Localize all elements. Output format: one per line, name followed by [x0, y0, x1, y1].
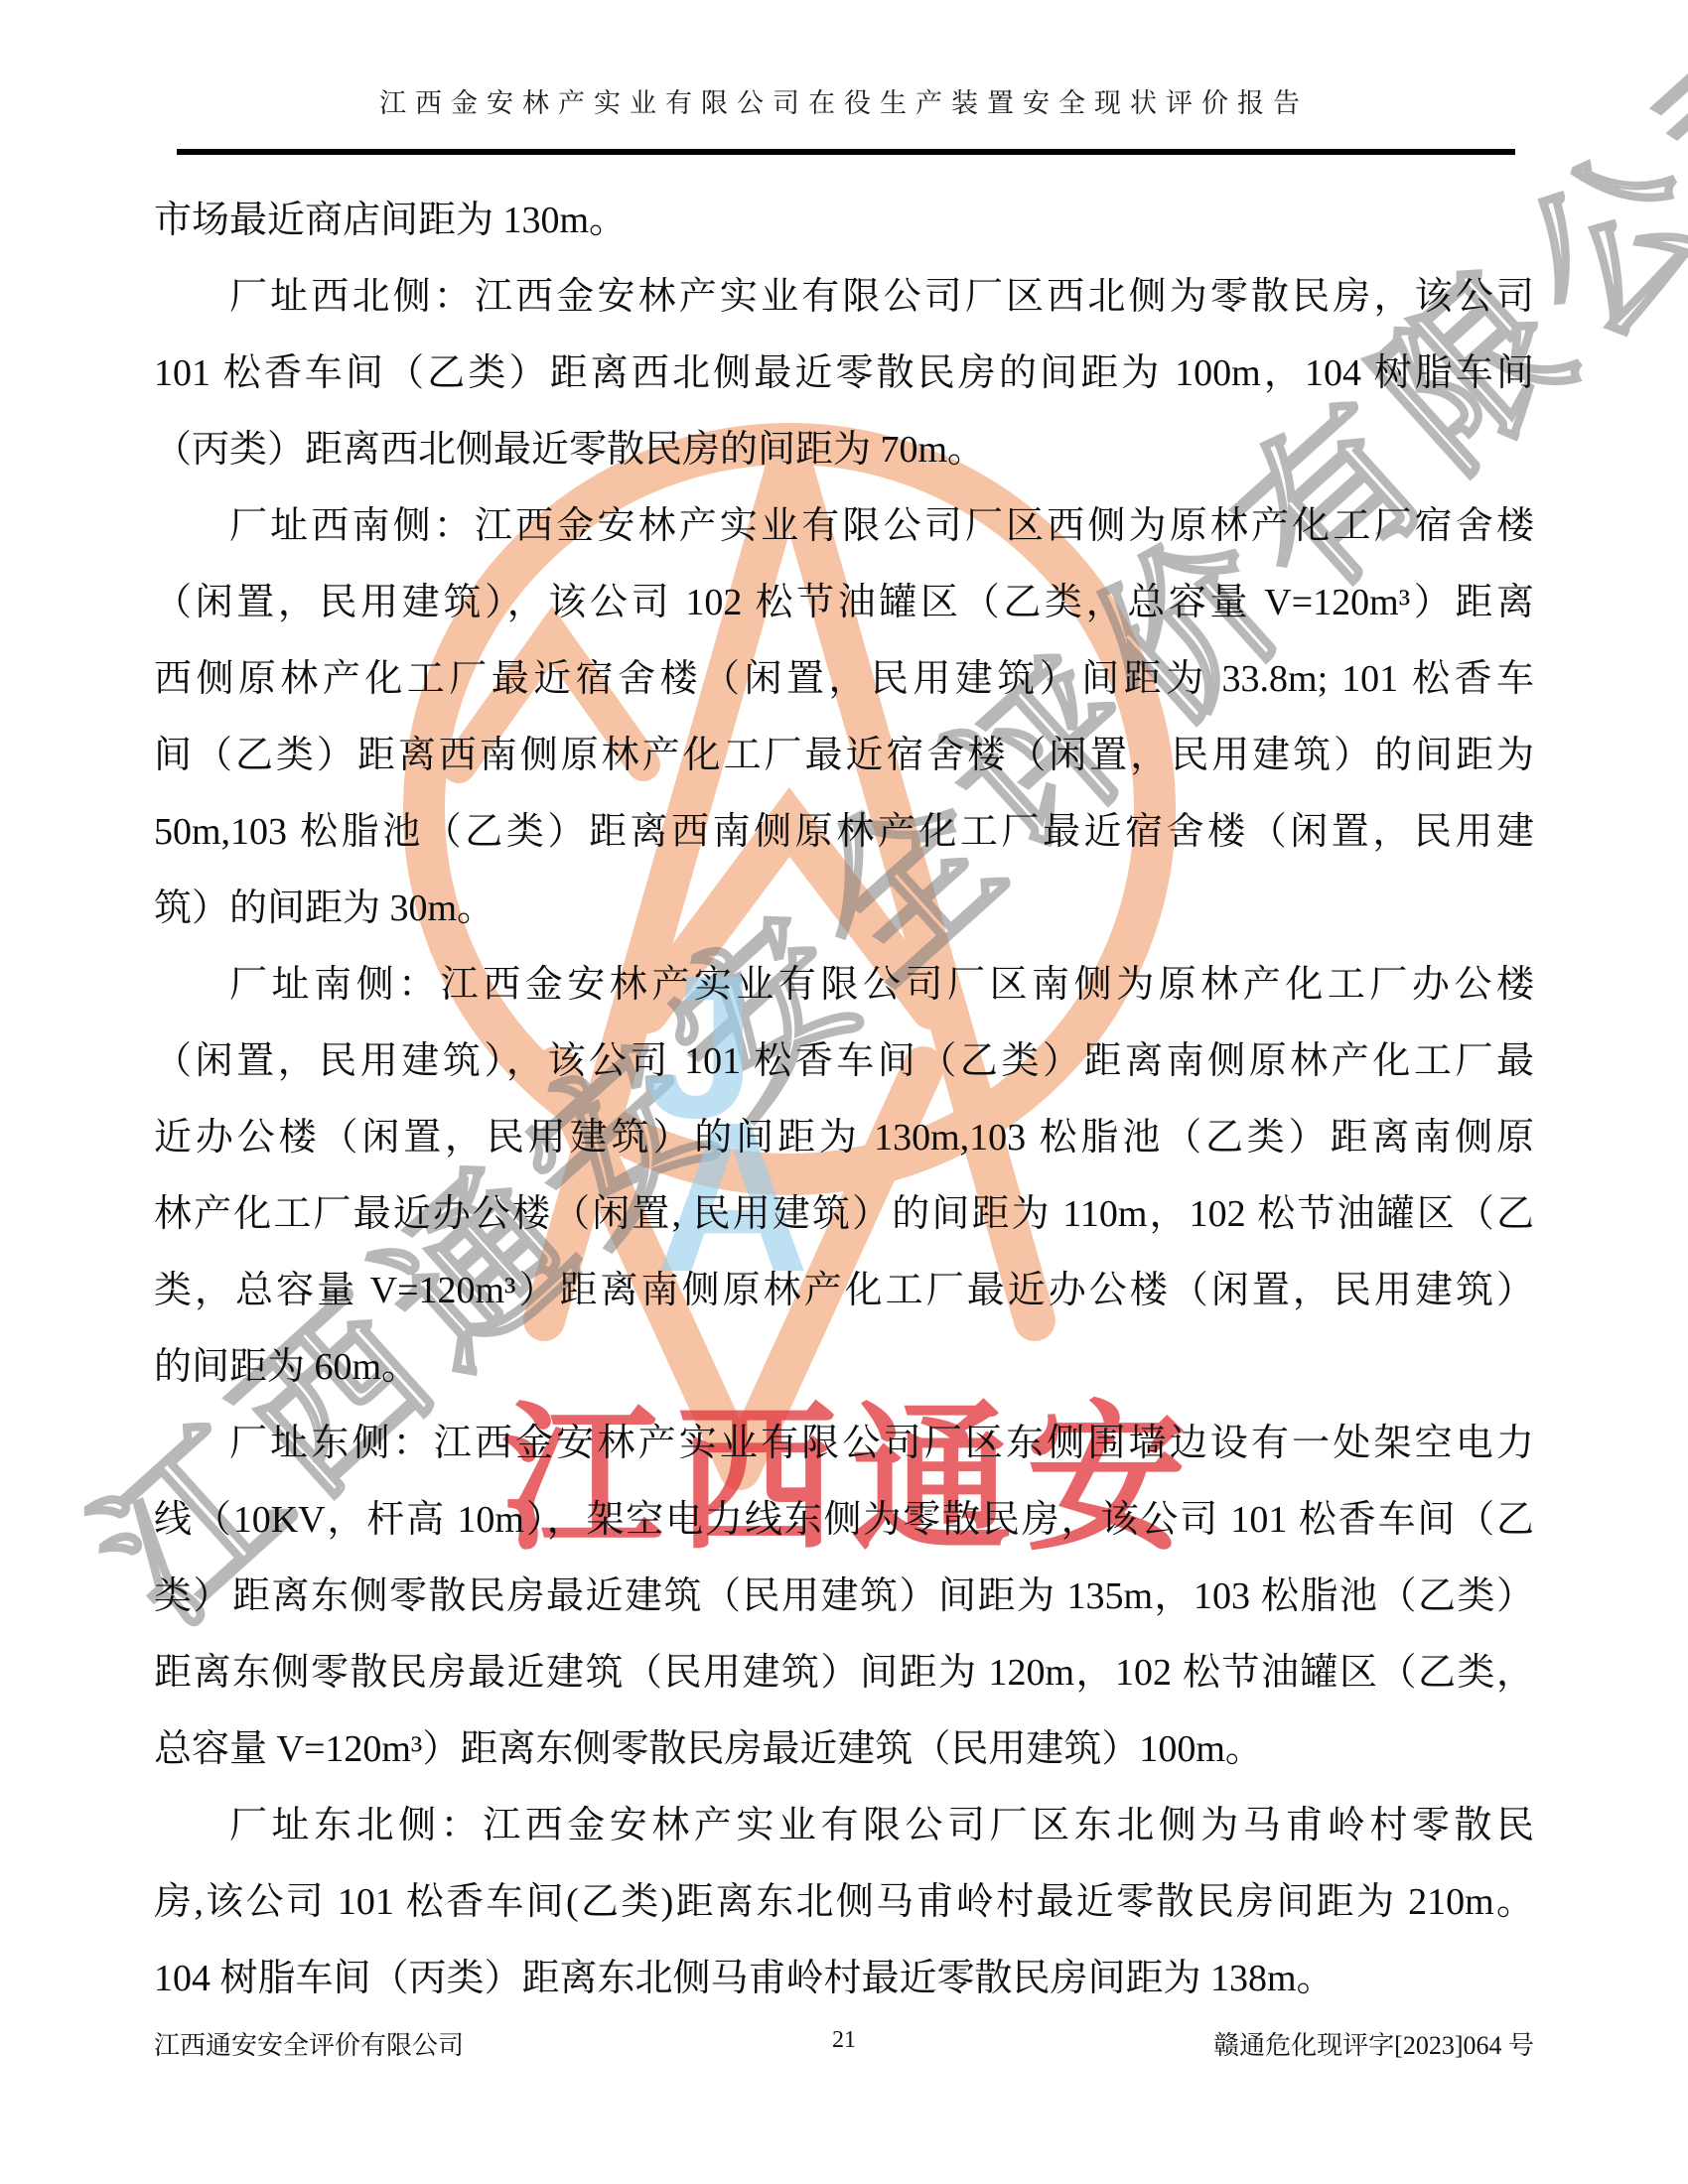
text-line: 房,该公司 101 松香车间(乙类)距离东北侧马甫岭村最近零散民房间距为 210… — [154, 1864, 1534, 1941]
text-line: 类，总容量 V=120m³）距离南侧原林产化工厂最近办公楼（闲置，民用建筑） — [154, 1253, 1534, 1329]
document-page: 江西通安安全评价有限公司 J A 江西通安 江西金安林产实业有限公司在役生产装置… — [0, 0, 1688, 2184]
text-line: 厂址西南侧：江西金安林产实业有限公司厂区西侧为原林产化工厂宿舍楼 — [154, 488, 1534, 565]
text-line: 的间距为 60m。 — [154, 1329, 1534, 1406]
text-line: 101 松香车间（乙类）距离西北侧最近零散民房的间距为 100m，104 树脂车… — [154, 336, 1534, 412]
page-footer: 江西通安安全评价有限公司 21 赣通危化现评字[2023]064 号 — [154, 2025, 1534, 2065]
text-line: 市场最近商店间距为 130m。 — [154, 183, 1534, 259]
text-line: 104 树脂车间（丙类）距离东北侧马甫岭村最近零散民房间距为 138m。 — [154, 1941, 1534, 2017]
text-line: 近办公楼（闲置，民用建筑）的间距为 130m,103 松脂池（乙类）距离南侧原 — [154, 1100, 1534, 1176]
text-line: （闲置，民用建筑），该公司 102 松节油罐区（乙类，总容量 V=120m³）距… — [154, 565, 1534, 641]
text-line: 西侧原林产化工厂最近宿舍楼（闲置，民用建筑）间距为 33.8m; 101 松香车 — [154, 641, 1534, 718]
text-line: 类）距离东侧零散民房最近建筑（民用建筑）间距为 135m，103 松脂池（乙类） — [154, 1559, 1534, 1635]
text-line: 厂址东侧：江西金安林产实业有限公司厂区东侧围墙边设有一处架空电力 — [154, 1406, 1534, 1482]
text-line: 厂址南侧：江西金安林产实业有限公司厂区南侧为原林产化工厂办公楼 — [154, 947, 1534, 1024]
text-line: 50m,103 松脂池（乙类）距离西南侧原林产化工厂最近宿舍楼（闲置，民用建 — [154, 794, 1534, 871]
text-line: 总容量 V=120m³）距离东侧零散民房最近建筑（民用建筑）100m。 — [154, 1711, 1534, 1788]
footer-document-number: 赣通危化现评字[2023]064 号 — [1213, 2025, 1534, 2062]
body-text: 市场最近商店间距为 130m。厂址西北侧：江西金安林产实业有限公司厂区西北侧为零… — [154, 183, 1534, 2017]
text-line: 距离东侧零散民房最近建筑（民用建筑）间距为 120m，102 松节油罐区（乙类， — [154, 1635, 1534, 1711]
text-line: 筑）的间距为 30m。 — [154, 871, 1534, 947]
text-line: （闲置，民用建筑），该公司 101 松香车间（乙类）距离南侧原林产化工厂最 — [154, 1024, 1534, 1100]
report-header-title: 江西金安林产实业有限公司在役生产装置安全现状评价报告 — [0, 81, 1688, 120]
text-line: 线（10KV，杆高 10m），架空电力线东侧为零散民房，该公司 101 松香车间… — [154, 1482, 1534, 1559]
header-rule — [177, 149, 1515, 155]
text-line: 厂址西北侧：江西金安林产实业有限公司厂区西北侧为零散民房，该公司 — [154, 259, 1534, 336]
text-line: （丙类）距离西北侧最近零散民房的间距为 70m。 — [154, 412, 1534, 488]
text-line: 间（乙类）距离西南侧原林产化工厂最近宿舍楼（闲置，民用建筑）的间距为 — [154, 718, 1534, 794]
text-line: 林产化工厂最近办公楼（闲置, 民用建筑）的间距为 110m，102 松节油罐区（… — [154, 1176, 1534, 1253]
text-line: 厂址东北侧：江西金安林产实业有限公司厂区东北侧为马甫岭村零散民 — [154, 1788, 1534, 1864]
